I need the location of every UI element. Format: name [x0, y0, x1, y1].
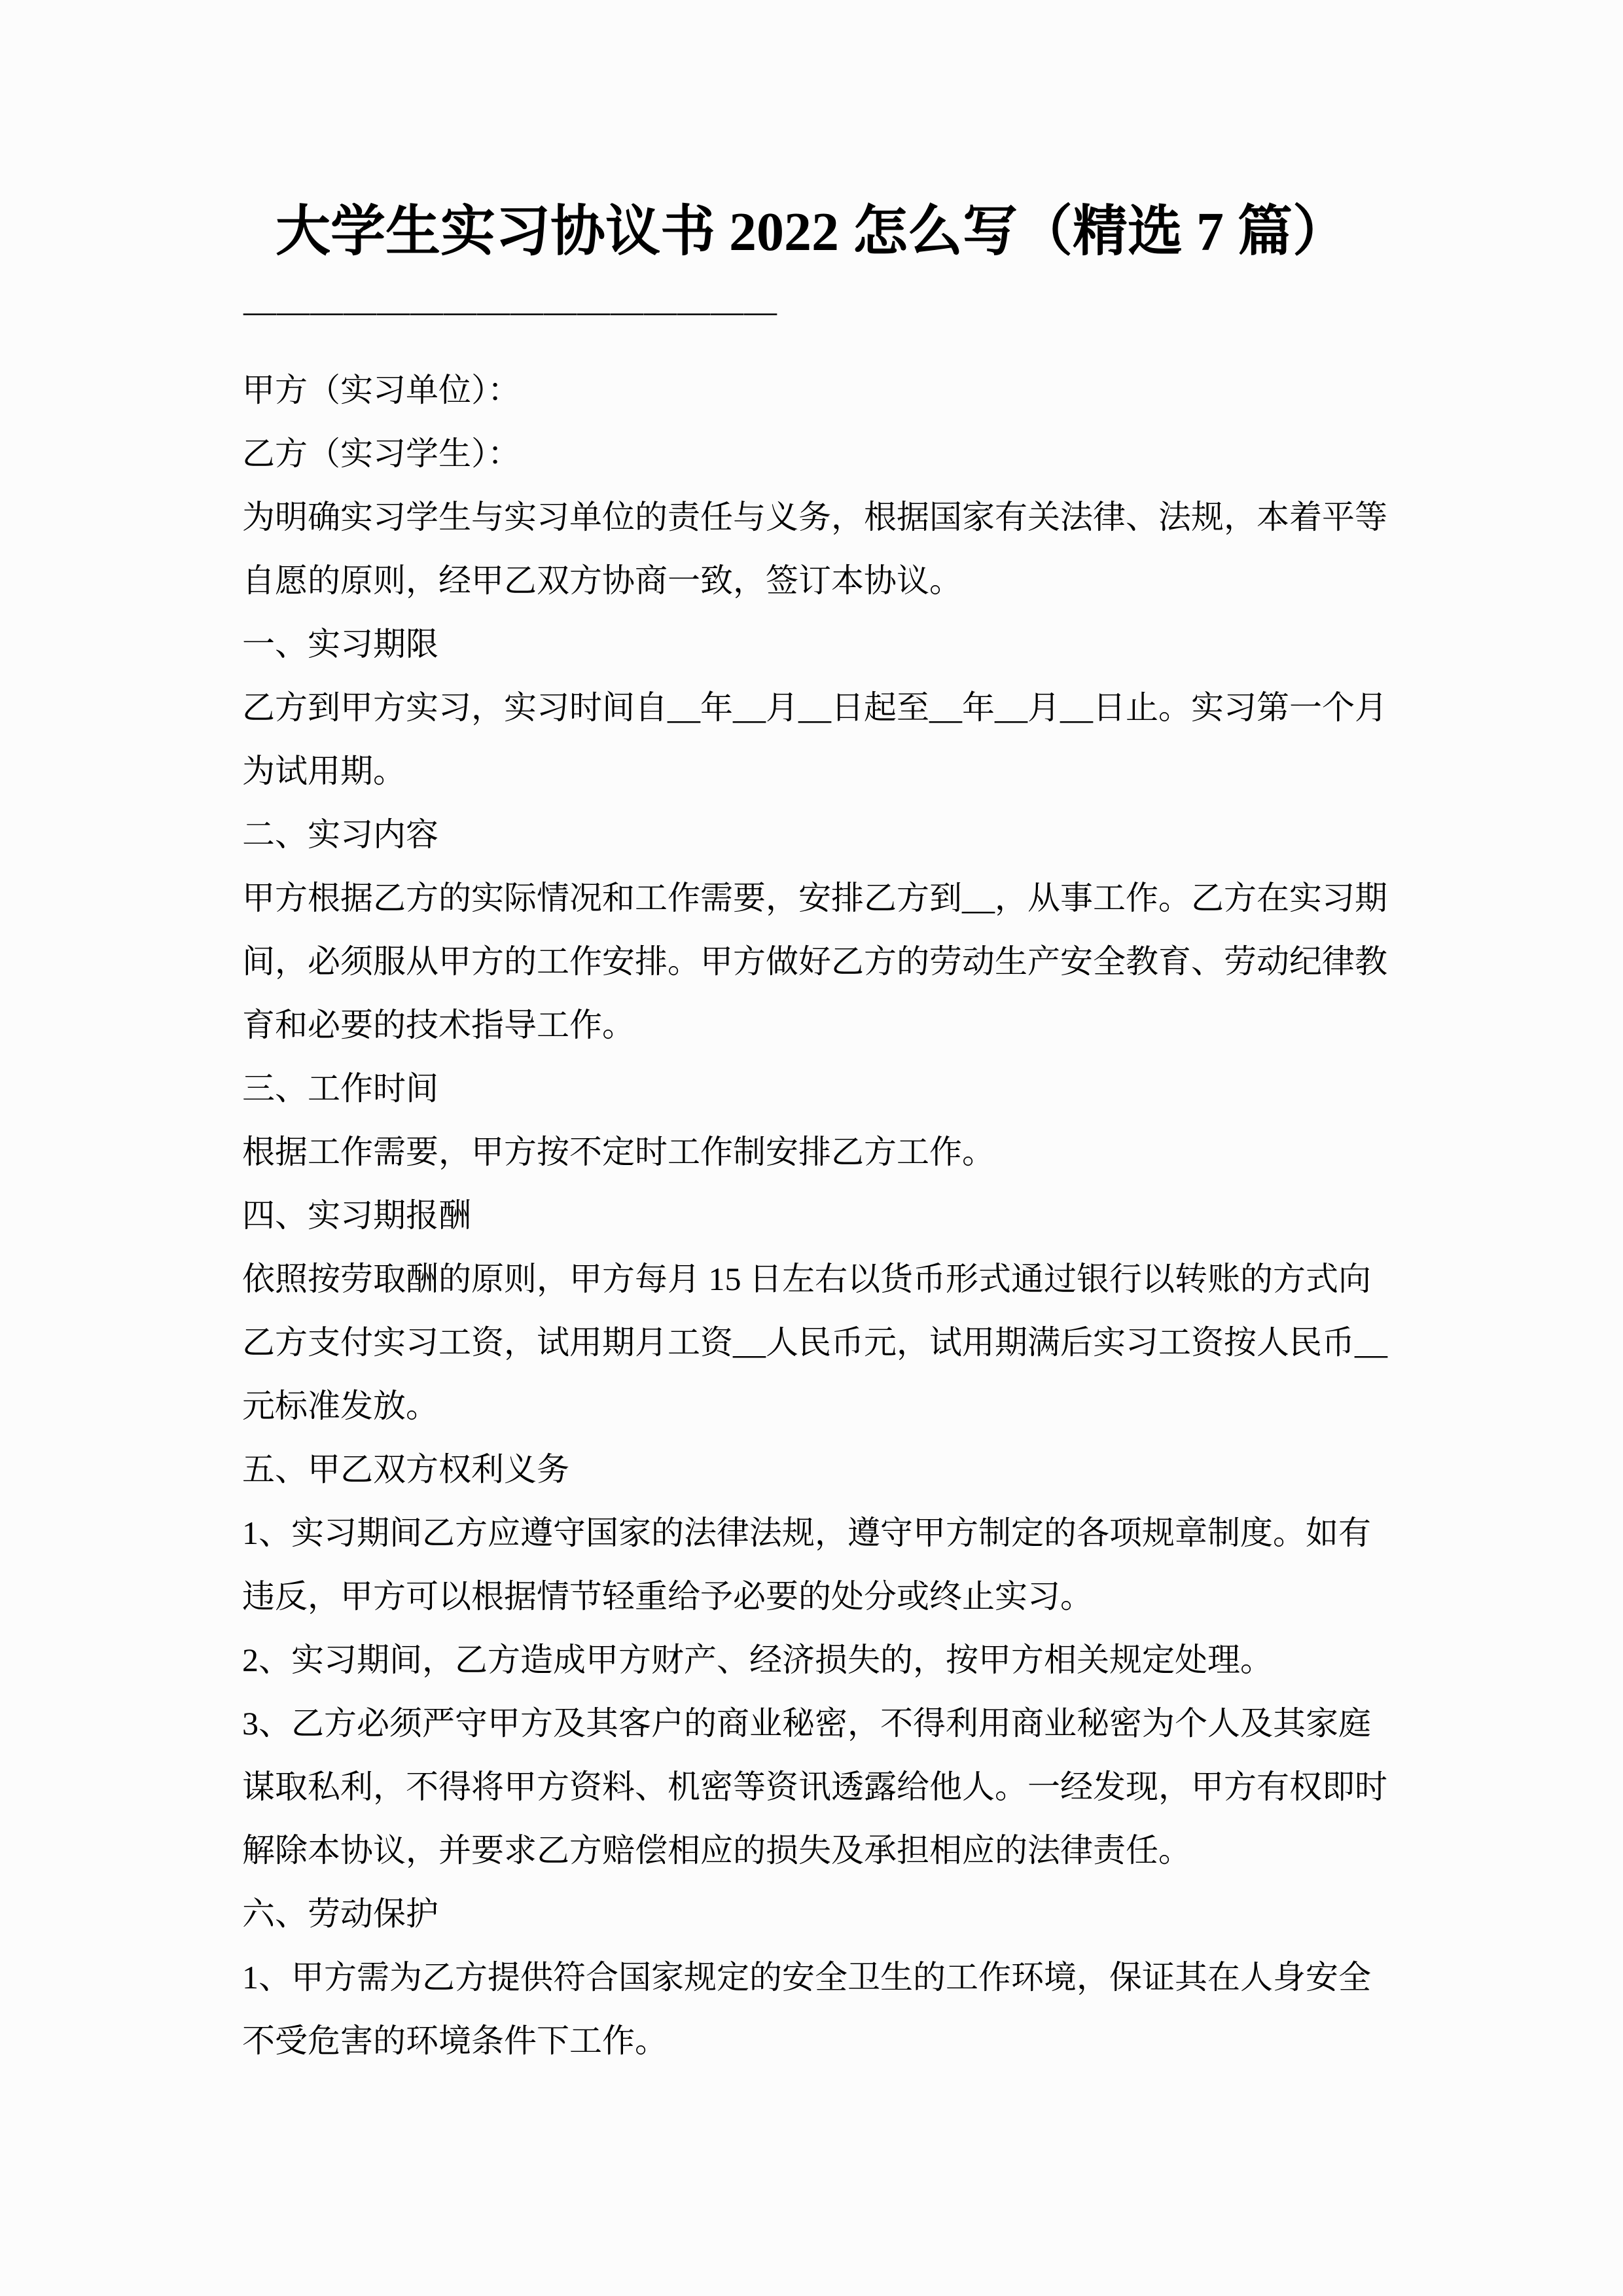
document-title: 大学生实习协议书 2022 怎么写（精选 7 篇）: [242, 196, 1381, 268]
text-line: 乙方支付实习工资，试用期月工资__人民币元，试用期满后实习工资按人民币__: [242, 1311, 1394, 1374]
text-line: 五、甲乙双方权利义务: [242, 1438, 1394, 1501]
text-line: 1、实习期间乙方应遵守国家的法律法规，遵守甲方制定的各项规章制度。如有: [242, 1501, 1394, 1565]
text-line: 育和必要的技术指导工作。: [242, 994, 1394, 1057]
document-page: 大学生实习协议书 2022 怎么写（精选 7 篇） ——————————————…: [0, 0, 1623, 2296]
text-line: 为明确实习学生与实习单位的责任与义务，根据国家有关法律、法规，本着平等: [242, 486, 1394, 549]
text-line: 解除本协议，并要求乙方赔偿相应的损失及承担相应的法律责任。: [242, 1819, 1394, 1882]
text-line: 1、甲方需为乙方提供符合国家规定的安全卫生的工作环境，保证其在人身安全: [242, 1946, 1394, 2009]
text-line: 乙方（实习学生）：: [242, 422, 1394, 486]
text-line: 2、实习期间，乙方造成甲方财产、经济损失的，按甲方相关规定处理。: [242, 1628, 1394, 1692]
text-line: 乙方到甲方实习，实习时间自__年__月__日起至__年__月__日止。实习第一个…: [242, 676, 1394, 740]
text-line: 3、乙方必须严守甲方及其客户的商业秘密，不得利用商业秘密为个人及其家庭: [242, 1692, 1394, 1755]
text-line: 依照按劳取酬的原则，甲方每月 15 日左右以货币形式通过银行以转账的方式向: [242, 1247, 1394, 1311]
text-line: 元标准发放。: [242, 1374, 1394, 1438]
text-line: 谋取私利，不得将甲方资料、机密等资讯透露给他人。一经发现，甲方有权即时: [242, 1755, 1394, 1819]
text-line: 根据工作需要，甲方按不定时工作制安排乙方工作。: [242, 1121, 1394, 1184]
text-line: 自愿的原则，经甲乙双方协商一致，签订本协议。: [242, 549, 1394, 613]
text-line: 四、实习期报酬: [242, 1184, 1394, 1247]
document-body: 甲方（实习单位）：乙方（实习学生）：为明确实习学生与实习单位的责任与义务，根据国…: [242, 359, 1394, 2073]
title-underline: ————————————————: [243, 281, 777, 340]
text-line: 违反，甲方可以根据情节轻重给予必要的处分或终止实习。: [242, 1565, 1394, 1628]
text-line: 一、实习期限: [242, 613, 1394, 676]
text-line: 间，必须服从甲方的工作安排。甲方做好乙方的劳动生产安全教育、劳动纪律教: [242, 930, 1394, 994]
text-line: 三、工作时间: [242, 1057, 1394, 1121]
text-line: 甲方（实习单位）：: [242, 359, 1394, 422]
text-line: 二、实习内容: [242, 803, 1394, 867]
text-line: 不受危害的环境条件下工作。: [242, 2009, 1394, 2073]
text-line: 六、劳动保护: [242, 1882, 1394, 1946]
text-line: 甲方根据乙方的实际情况和工作需要，安排乙方到__，从事工作。乙方在实习期: [242, 867, 1394, 930]
text-line: 为试用期。: [242, 740, 1394, 803]
